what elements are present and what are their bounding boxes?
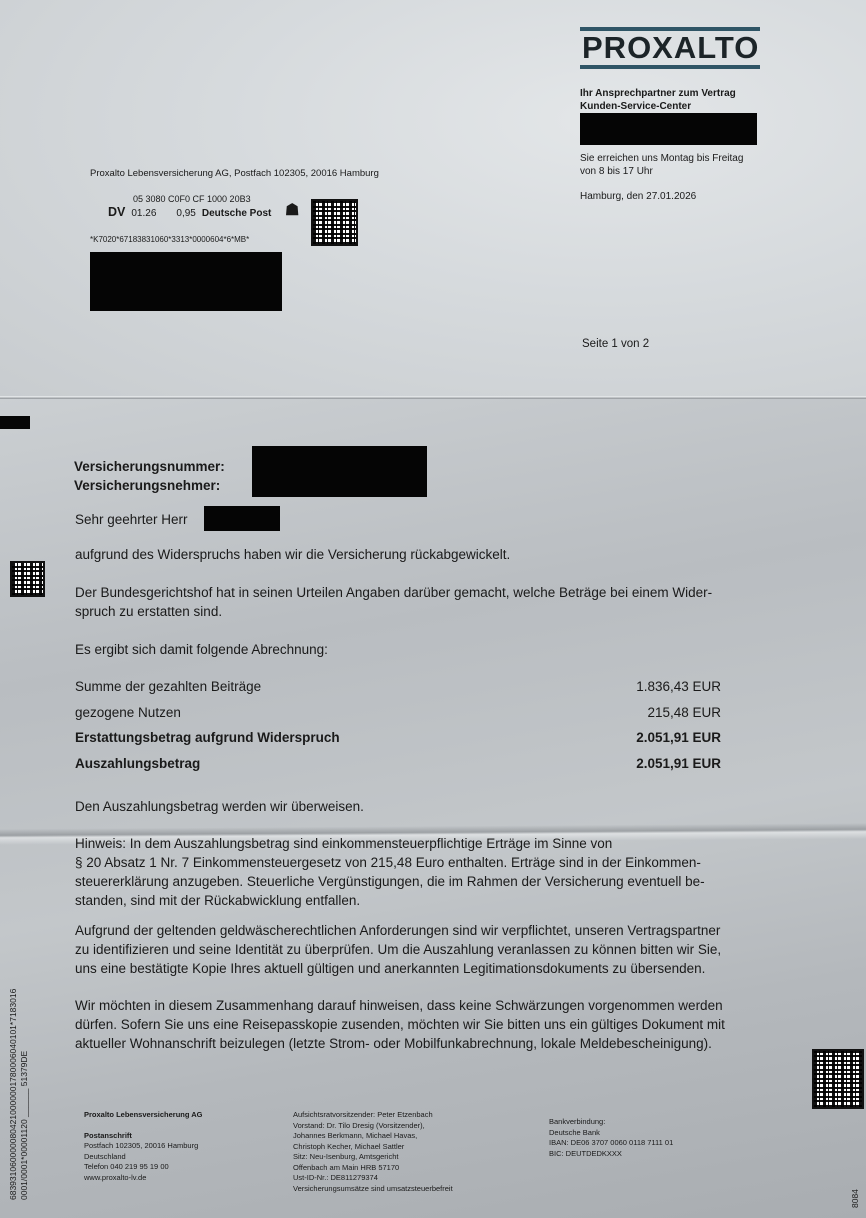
board-line: Christoph Kecher, Michael Sattler: [293, 1142, 453, 1153]
postage-price: 0,95: [176, 208, 195, 219]
hours-line-1: Sie erreichen uns Montag bis Freitag: [580, 152, 743, 165]
aml-line: uns eine bestätigte Kopie Ihres aktuell …: [75, 959, 795, 978]
policy-labels: Versicherungsnummer: Versicherungsnehmer…: [74, 457, 225, 495]
office-hours: Sie erreichen uns Montag bis Freitag von…: [580, 152, 743, 178]
contact-heading: Ihr Ansprechpartner zum Vertrag: [580, 88, 736, 101]
aml-line: zu identifizieren und seine Identität zu…: [75, 940, 795, 959]
redacted-contact: [580, 113, 757, 145]
page-indicator: Seite 1 von 2: [582, 338, 649, 350]
redaction-line: aktueller Wohnanschrift beizulegen (letz…: [75, 1034, 795, 1053]
logo-text: PROXALTO: [580, 31, 760, 65]
redacted-policy-details: [252, 446, 427, 497]
calculation-label: Auszahlungsbetrag: [75, 756, 200, 771]
calculation-amount: 215,48 EUR: [647, 705, 721, 720]
board-line: Sitz: Neu-Isenburg, Amtsgericht: [293, 1152, 453, 1163]
redacted-recipient-address: [90, 252, 282, 311]
calculation-label: Summe der gezahlten Beiträge: [75, 679, 261, 694]
hours-line-2: von 8 bis 17 Uhr: [580, 165, 743, 178]
footer-company-name: Proxalto Lebensversicherung AG: [84, 1110, 203, 1121]
proxalto-logo: PROXALTO: [580, 27, 760, 69]
calculation-label: Erstattungsbetrag aufgrund Widerspruch: [75, 730, 340, 745]
court-line-2: spruch zu erstatten sind.: [75, 602, 795, 621]
bank-heading: Bankverbindung:: [549, 1117, 673, 1128]
calculation-amount: 2.051,91 EUR: [636, 756, 721, 771]
side-tracking-code: 6839310600000804210000001780006040101*71…: [8, 989, 30, 1200]
notice-line: standen, sind mit der Rückabwicklung ent…: [75, 891, 795, 910]
side-datamatrix-icon: [10, 561, 45, 597]
side-code-line-1: 6839310600000804210000001780006040101*71…: [8, 989, 19, 1200]
form-code: 8084: [850, 1189, 860, 1208]
calculation-table: Summe der gezahlten Beiträge1.836,43 EUR…: [75, 674, 721, 776]
board-line: Johannes Berkmann, Michael Havas,: [293, 1131, 453, 1142]
footer-company: Proxalto Lebensversicherung AG Postansch…: [84, 1110, 203, 1183]
calculation-row: Erstattungsbetrag aufgrund Widerspruch2.…: [75, 725, 721, 751]
notice-line: Hinweis: In dem Auszahlungsbetrag sind e…: [75, 834, 795, 853]
contact-department: Kunden-Service-Center: [580, 101, 736, 114]
footer-bank: Bankverbindung: Deutsche Bank IBAN: DE06…: [549, 1117, 673, 1159]
footer-qr-code-icon: [812, 1049, 864, 1109]
calculation-amount: 1.836,43 EUR: [636, 679, 721, 694]
footer-board: Aufsichtsratvorsitzender: Peter Etzenbac…: [293, 1110, 453, 1194]
redaction-line: dürfen. Sofern Sie uns eine Reisepasskop…: [75, 1015, 795, 1034]
aml-line: Aufgrund der geltenden geldwäscherechtli…: [75, 921, 795, 940]
bank-iban: IBAN: DE06 3707 0060 0118 7111 01: [549, 1138, 673, 1149]
board-line: Aufsichtsratvorsitzender: Peter Etzenbac…: [293, 1110, 453, 1121]
footer-postal-heading: Postanschrift: [84, 1131, 203, 1142]
redaction-line: Wir möchten in diesem Zusammenhang darau…: [75, 996, 795, 1015]
footer-postal-line: Postfach 102305, 20016 Hamburg: [84, 1141, 203, 1152]
calculation-amount: 2.051,91 EUR: [636, 730, 721, 745]
calculation-row: Auszahlungsbetrag2.051,91 EUR: [75, 751, 721, 777]
posthorn-icon: ☗: [285, 200, 299, 220]
notice-line: § 20 Absatz 1 Nr. 7 Einkommensteuergeset…: [75, 853, 795, 872]
board-line: Vorstand: Dr. Tilo Dresig (Vorsitzender)…: [293, 1121, 453, 1132]
board-line: Ust-ID-Nr.: DE811279374: [293, 1173, 453, 1184]
postage-line: DV 01.26 0,95 Deutsche Post: [108, 205, 271, 219]
logo-bar-bottom: [580, 65, 760, 69]
bank-bic: BIC: DEUTDEDKXXX: [549, 1149, 673, 1160]
board-line: Offenbach am Main HRB 57170: [293, 1163, 453, 1174]
salutation: Sehr geehrter Herr: [75, 512, 188, 527]
side-code-line-2: 0001/0001*00001120 ______ 51379DE: [19, 989, 30, 1200]
board-line: Versicherungsumsätze sind umsatzsteuerbe…: [293, 1184, 453, 1195]
tax-notice: Hinweis: In dem Auszahlungsbetrag sind e…: [75, 834, 795, 910]
footer-web: www.proxalto-lv.de: [84, 1173, 203, 1184]
footer-phone: Telefon 040 219 95 19 00: [84, 1162, 203, 1173]
footer-country: Deutschland: [84, 1152, 203, 1163]
redacted-name: [204, 506, 280, 531]
place-date: Hamburg, den 27.01.2026: [580, 191, 696, 202]
policy-number-label: Versicherungsnummer:: [74, 457, 225, 476]
aml-paragraph: Aufgrund der geltenden geldwäscherechtli…: [75, 921, 795, 978]
calculation-row: Summe der gezahlten Beiträge1.836,43 EUR: [75, 674, 721, 700]
dv-label: DV: [108, 205, 125, 219]
bank-name: Deutsche Bank: [549, 1128, 673, 1139]
redaction-paragraph: Wir möchten in diesem Zusammenhang darau…: [75, 996, 795, 1053]
paragraph-withdrawal: aufgrund des Widerspruchs haben wir die …: [75, 545, 795, 564]
paragraph-calc-intro: Es ergibt sich damit folgende Abrechnung…: [75, 640, 795, 659]
policy-holder-label: Versicherungsnehmer:: [74, 476, 225, 495]
sender-line: Proxalto Lebensversicherung AG, Postfach…: [90, 168, 379, 179]
postage-code: 05 3080 C0F0 CF 1000 20B3: [133, 194, 251, 204]
calculation-row: gezogene Nutzen215,48 EUR: [75, 700, 721, 726]
contact-block: Ihr Ansprechpartner zum Vertrag Kunden-S…: [580, 88, 736, 113]
carrier-name: Deutsche Post: [202, 208, 271, 219]
fold-mark: [0, 416, 30, 429]
paragraph-transfer: Den Auszahlungsbetrag werden wir überwei…: [75, 797, 795, 816]
routing-code: *K7020*67183831060*3313*0000604*6*MB*: [90, 235, 249, 244]
dv-date: 01.26: [131, 208, 156, 219]
court-line-1: Der Bundesgerichtshof hat in seinen Urte…: [75, 583, 795, 602]
paper-fold: [0, 396, 866, 399]
calculation-label: gezogene Nutzen: [75, 705, 181, 720]
postage-datamatrix-icon: [311, 199, 358, 246]
paragraph-court: Der Bundesgerichtshof hat in seinen Urte…: [75, 583, 795, 621]
notice-line: steuererklärung anzugeben. Steuerliche V…: [75, 872, 795, 891]
